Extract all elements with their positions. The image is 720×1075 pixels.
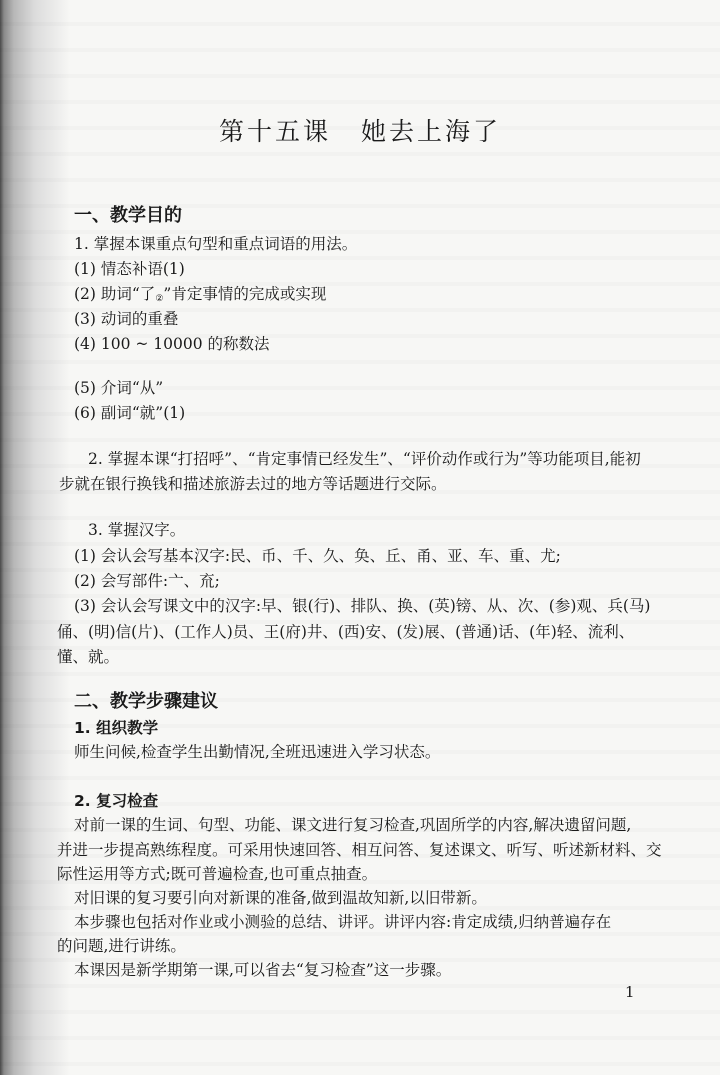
goal-item-3-sub3-line2: 俑、(明)信(片)、(工作人)员、王(府)井、(西)安、(发)展、(普通)话、(…: [57, 622, 634, 642]
subitem-text: (2) 助词“了: [74, 285, 155, 303]
goal-item-2-line1: 2. 掌握本课“打招呼”、“肯定事情已经发生”、“评价动作或行为”等功能项目,能…: [88, 449, 641, 469]
lesson-name: 她去上海了: [361, 117, 501, 146]
goal-item-3: 3. 掌握汉字。: [88, 520, 185, 540]
step-2-p1-line1: 对前一课的生词、句型、功能、课文进行复习检查,巩固所学的内容,解决遗留问题,: [74, 815, 631, 835]
goal-item-2-line2: 步就在银行换钱和描述旅游去过的地方等话题进行交际。: [59, 474, 447, 494]
goal-subitem-2: (2) 助词“了②”肯定事情的完成或实现: [74, 284, 326, 309]
lesson-number: 第十五课: [219, 117, 331, 146]
goal-subitem-5: (5) 介词“从”: [74, 378, 163, 398]
subitem-text: ”肯定事情的完成或实现: [163, 285, 326, 303]
goal-item-3-sub2: (2) 会写部件:亠、㐬;: [74, 571, 220, 591]
goal-item-3-sub3-line1: (3) 会认会写课文中的汉字:早、银(行)、排队、换、(英)镑、从、次、(参)观…: [74, 596, 650, 616]
step-2-p3-line1: 本步骤也包括对作业或小测验的总结、讲评。讲评内容:肯定成绩,归纳普遍存在: [74, 912, 611, 932]
goal-subitem-3: (3) 动词的重叠: [74, 309, 178, 329]
step-2-p1-line2: 并进一步提高熟练程度。可采用快速回答、相互问答、复述课文、听写、听述新材料、交: [57, 840, 662, 860]
step-1-heading: 1. 组织教学: [74, 718, 158, 738]
goal-item-3-sub1: (1) 会认会写基本汉字:民、币、千、久、奂、丘、甬、亚、车、重、尤;: [74, 546, 561, 566]
lesson-title: 第十五课她去上海了: [0, 112, 720, 148]
section-heading-teaching-goals: 一、教学目的: [74, 206, 182, 226]
section-heading-teaching-steps: 二、教学步骤建议: [74, 692, 218, 712]
goal-subitem-4: (4) 100 ~ 10000 的称数法: [74, 334, 270, 354]
step-1-text: 师生问候,检查学生出勤情况,全班迅速进入学习状态。: [74, 742, 440, 762]
page-number: 1: [625, 983, 635, 1001]
step-2-heading: 2. 复习检查: [74, 791, 158, 811]
goal-subitem-6: (6) 副词“就”(1): [74, 403, 185, 423]
step-2-p4: 本课因是新学期第一课,可以省去“复习检查”这一步骤。: [74, 960, 451, 980]
step-2-p3-line2: 的问题,进行讲练。: [57, 936, 186, 956]
goal-item-3-sub3-line3: 懂、就。: [57, 647, 119, 667]
step-2-p2: 对旧课的复习要引向对新课的准备,做到温故知新,以旧带新。: [74, 888, 487, 908]
step-2-p1-line3: 际性运用等方式;既可普遍检查,也可重点抽查。: [57, 864, 377, 884]
textbook-page: 第十五课她去上海了 一、教学目的 1. 掌握本课重点句型和重点词语的用法。 (1…: [0, 0, 720, 1075]
goal-item-1: 1. 掌握本课重点句型和重点词语的用法。: [74, 234, 357, 254]
goal-subitem-1: (1) 情态补语(1): [74, 259, 185, 279]
